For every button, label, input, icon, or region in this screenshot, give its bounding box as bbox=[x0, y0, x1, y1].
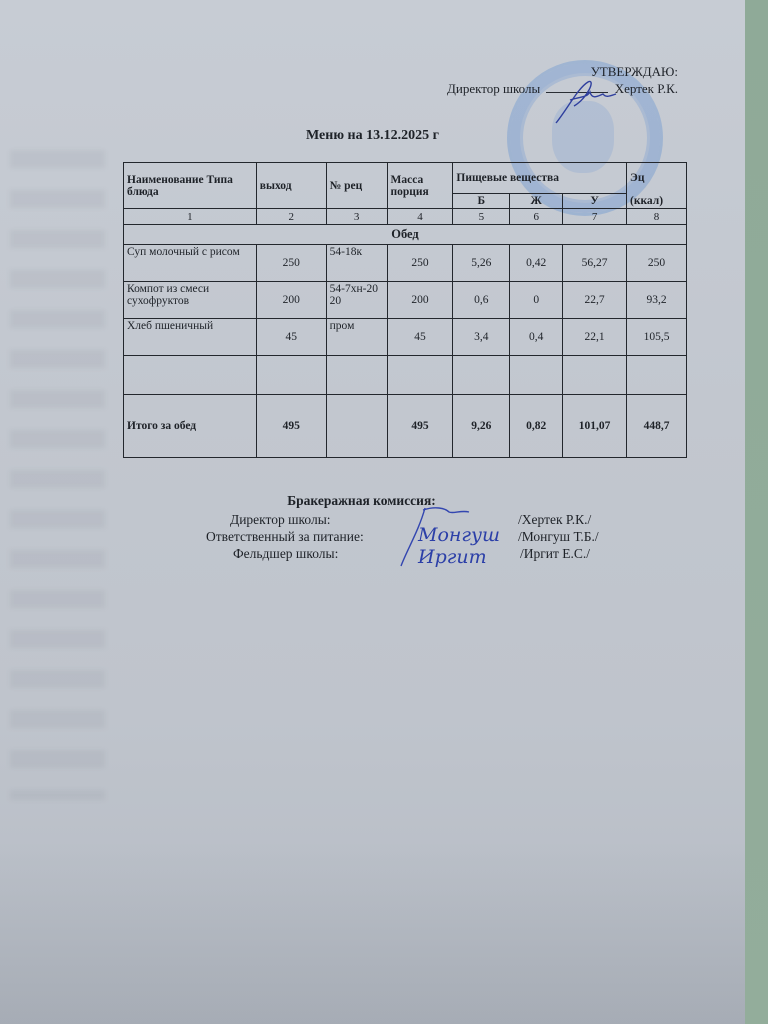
col-header-output: выход bbox=[256, 163, 326, 209]
dish-carbs: 22,7 bbox=[563, 282, 627, 319]
dish-fat: 0,42 bbox=[510, 245, 563, 282]
total-fat: 0,82 bbox=[510, 395, 563, 458]
empty-cell bbox=[510, 356, 563, 395]
dish-name: Суп молочный с рисом bbox=[124, 245, 257, 282]
signature-mongush: Монгуш bbox=[418, 524, 500, 546]
member-role: Ответственный за питание: bbox=[206, 528, 364, 545]
commission-block: Бракеражная комиссия: Директор школы: От… bbox=[0, 492, 745, 509]
col-header-nutrients: Пищевые вещества bbox=[453, 163, 627, 194]
dish-energy: 105,5 bbox=[627, 319, 687, 356]
table-row: Хлеб пшеничный 45 пром 45 3,4 0,4 22,1 1… bbox=[124, 319, 687, 356]
table-row: Компот из смеси сухофруктов 200 54-7хн-2… bbox=[124, 282, 687, 319]
total-protein: 9,26 bbox=[453, 395, 510, 458]
total-carbs: 101,07 bbox=[563, 395, 627, 458]
dish-output: 250 bbox=[256, 245, 326, 282]
dish-recipe: 54-18к bbox=[326, 245, 387, 282]
dish-fat: 0 bbox=[510, 282, 563, 319]
column-number: 2 bbox=[256, 209, 326, 225]
dish-fat: 0,4 bbox=[510, 319, 563, 356]
dish-energy: 93,2 bbox=[627, 282, 687, 319]
empty-cell bbox=[387, 356, 453, 395]
empty-cell bbox=[453, 356, 510, 395]
empty-row bbox=[124, 356, 687, 395]
col-header-energy-unit: (ккал) bbox=[627, 194, 687, 209]
column-number: 3 bbox=[326, 209, 387, 225]
page-title: Меню на 13.12.2025 г bbox=[0, 128, 745, 144]
background-wall bbox=[745, 0, 768, 1024]
column-number-row: 1 2 3 4 5 6 7 8 bbox=[124, 209, 687, 225]
col-header-mass: Масса порция bbox=[387, 163, 453, 209]
total-energy: 448,7 bbox=[627, 395, 687, 458]
dish-recipe: пром bbox=[326, 319, 387, 356]
section-title: Обед bbox=[124, 225, 687, 245]
column-number: 8 bbox=[627, 209, 687, 225]
column-number: 4 bbox=[387, 209, 453, 225]
menu-table: Наименование Типа блюда выход № рец Масс… bbox=[123, 162, 687, 458]
col-header-carbs: У bbox=[563, 194, 627, 209]
empty-cell bbox=[326, 356, 387, 395]
total-row: Итого за обед 495 495 9,26 0,82 101,07 4… bbox=[124, 395, 687, 458]
signature-irgit: Иргит bbox=[418, 546, 487, 568]
total-recipe bbox=[326, 395, 387, 458]
dish-output: 45 bbox=[256, 319, 326, 356]
col-header-fat: Ж bbox=[510, 194, 563, 209]
director-signature-icon bbox=[548, 78, 618, 128]
approver-name: Хертек Р.К. bbox=[615, 81, 678, 96]
empty-cell bbox=[563, 356, 627, 395]
dish-name: Хлеб пшеничный bbox=[124, 319, 257, 356]
col-header-protein: Б bbox=[453, 194, 510, 209]
col-header-energy: Эц bbox=[627, 163, 687, 194]
empty-cell bbox=[627, 356, 687, 395]
dish-carbs: 56,27 bbox=[563, 245, 627, 282]
dish-energy: 250 bbox=[627, 245, 687, 282]
column-number: 5 bbox=[453, 209, 510, 225]
dish-name: Компот из смеси сухофруктов bbox=[124, 282, 257, 319]
dish-protein: 3,4 bbox=[453, 319, 510, 356]
col-header-recipe: № рец bbox=[326, 163, 387, 209]
dish-carbs: 22,1 bbox=[563, 319, 627, 356]
member-name: /Иргит Е.С./ bbox=[520, 545, 590, 562]
table-row: Суп молочный с рисом 250 54-18к 250 5,26… bbox=[124, 245, 687, 282]
commission-title: Бракеражная комиссия: bbox=[0, 492, 745, 509]
member-name: /Хертек Р.К./ bbox=[518, 511, 591, 528]
member-name: /Монгуш Т.Б./ bbox=[518, 528, 599, 545]
empty-cell bbox=[256, 356, 326, 395]
total-mass: 495 bbox=[387, 395, 453, 458]
dish-mass: 250 bbox=[387, 245, 453, 282]
member-role: Фельдшер школы: bbox=[233, 545, 338, 562]
total-label: Итого за обед bbox=[124, 395, 257, 458]
dish-mass: 200 bbox=[387, 282, 453, 319]
col-header-name: Наименование Типа блюда bbox=[124, 163, 257, 209]
column-number: 6 bbox=[510, 209, 563, 225]
dish-output: 200 bbox=[256, 282, 326, 319]
column-number: 7 bbox=[563, 209, 627, 225]
dish-protein: 5,26 bbox=[453, 245, 510, 282]
dish-protein: 0,6 bbox=[453, 282, 510, 319]
column-number: 1 bbox=[124, 209, 257, 225]
member-role: Директор школы: bbox=[230, 511, 331, 528]
total-output: 495 bbox=[256, 395, 326, 458]
dish-mass: 45 bbox=[387, 319, 453, 356]
section-row: Обед bbox=[124, 225, 687, 245]
header-row: Наименование Типа блюда выход № рец Масс… bbox=[124, 163, 687, 194]
empty-cell bbox=[124, 356, 257, 395]
approver-position: Директор школы bbox=[447, 81, 540, 96]
page-shadow bbox=[0, 840, 745, 1024]
dish-recipe: 54-7хн-2020 bbox=[326, 282, 387, 319]
